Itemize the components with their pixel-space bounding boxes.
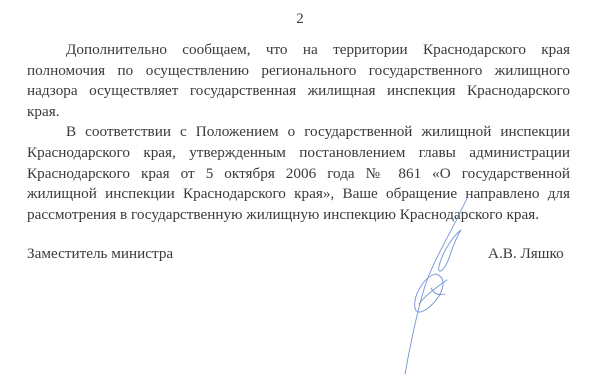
- paragraph-2: В соответствии с Положением о государств…: [27, 122, 570, 225]
- text-line: рассмотрения в государственную жилищную …: [27, 205, 570, 226]
- text-line: края.: [27, 102, 570, 123]
- text-line: Дополнительно сообщаем, что на территори…: [27, 40, 570, 61]
- paragraph-1: Дополнительно сообщаем, что на территори…: [27, 40, 570, 122]
- text-line: надзора осуществляет государственная жил…: [27, 81, 570, 102]
- signatory-name: А.В. Ляшко: [488, 244, 564, 264]
- handwritten-signature-icon: [395, 196, 475, 376]
- page-number: 2: [0, 10, 600, 28]
- text-line: Краснодарского края, утвержденным постан…: [27, 143, 570, 164]
- text-line: полномочия по осуществлению региональног…: [27, 61, 570, 82]
- signatory-title: Заместитель министра: [27, 244, 173, 264]
- letter-body: Дополнительно сообщаем, что на территори…: [27, 40, 570, 225]
- text-line: Краснодарского края от 5 октября 2006 го…: [27, 164, 570, 185]
- text-line: жилищной инспекции Краснодарского края»,…: [27, 184, 570, 205]
- text-line: В соответствии с Положением о государств…: [27, 122, 570, 143]
